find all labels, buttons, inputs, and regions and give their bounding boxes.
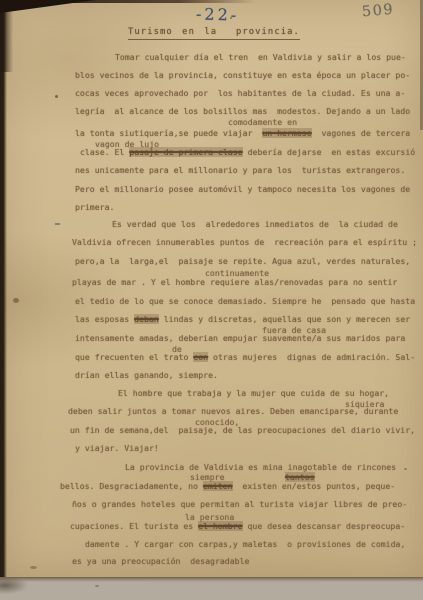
typescript-line: un fin de semana,del paisaje, de las pre…	[70, 425, 415, 436]
typescript-line: ños o grandes hoteles que permitan al tu…	[72, 499, 407, 510]
text-segment: existen en/estos puntos, peque-	[233, 481, 396, 491]
typescript-line: pero,a la larga,el paisaje se repite. Ag…	[75, 256, 410, 267]
paper-stain	[13, 298, 19, 303]
paper-stain	[30, 566, 37, 569]
text-segment: Valdivia ofrecen innumerables puntos de …	[72, 237, 417, 247]
typescript-line: y viajar. Viajar!	[75, 443, 159, 454]
paper-sheet: -22- 509 Turismo en la provincia. Tomar …	[0, 0, 423, 577]
text-segment: drían ellas ganando, siempre.	[75, 370, 218, 380]
text-segment: intensamente amadas, deberian empujar su…	[75, 333, 405, 343]
typescript-line: Es verdad que los alrededores inmediatos…	[112, 219, 398, 230]
text-segment: deben salir juntos a tomar nuevos aires.…	[68, 406, 398, 416]
text-segment: Tomar cualquier día el tren en Valdivia …	[115, 52, 406, 62]
typescript-line: Tomar cualquier día el tren en Valdivia …	[115, 52, 406, 63]
struck-out-text: deban	[134, 314, 159, 324]
struck-out-text: el hombre	[198, 521, 242, 531]
struck-out-text: emiten	[203, 481, 233, 491]
typescript-line: nes unicamente para el millonario y para…	[75, 165, 405, 176]
typescript-line: la tonta siutiquería,se puede viajar un …	[75, 128, 410, 139]
text-segment: nes unicamente para el millonario y para…	[75, 165, 405, 175]
paper-stain	[55, 95, 58, 98]
text-segment: Pero el millonario posee automóvil y tam…	[75, 184, 410, 194]
typescript-line: el tedio de lo que se conoce demasiado. …	[75, 296, 415, 307]
typescript-line: playas de mar . Y el hombre requiere ala…	[72, 277, 397, 288]
penciled-folio-number: 509	[361, 2, 394, 21]
text-segment: bellos. Desgraciadamente, no	[60, 481, 203, 491]
typescript-line: drían ellas ganando, siempre.	[75, 370, 218, 381]
typescript-line: clase. El pasaje de primera clase deberí…	[80, 147, 415, 158]
typescript-line: damente . Y cargar con carpas,y maletas …	[85, 539, 405, 550]
text-segment: el tedio de lo que se conoce demasiado. …	[75, 296, 415, 306]
text-segment: Es verdad que los alrededores inmediatos…	[112, 219, 398, 229]
text-segment: La provincia de Valdivia es mina inagota…	[125, 462, 396, 472]
typescript-line: cocas veces aprovechado por los habitant…	[75, 88, 405, 99]
text-segment: las esposas	[75, 314, 134, 324]
typescript-line: las esposas deban lindas y discretas, aq…	[75, 314, 410, 325]
text-segment: que frecuenten el trato	[75, 352, 193, 362]
text-segment: un fin de semana,del paisaje, de las pre…	[70, 425, 415, 435]
text-segment: damente . Y cargar con carpas,y maletas …	[85, 539, 405, 549]
typescript-line: Pero el millonario posee automóvil y tam…	[75, 184, 410, 195]
text-segment: es ya una preocupación desagradable	[72, 556, 249, 566]
typescript-line: deben salir juntos a tomar nuevos aires.…	[68, 406, 398, 417]
paper-stain	[95, 585, 99, 587]
handwritten-page-number: -22-	[196, 4, 240, 24]
text-segment: cocas veces aprovechado por los habitant…	[75, 88, 405, 98]
text-segment: cupaciones. El turista es	[70, 521, 198, 531]
text-segment: ños o grandes hoteles que permitan al tu…	[72, 499, 407, 509]
typescript-line: —	[55, 218, 60, 229]
text-segment: que desea descansar despreocupa-	[243, 521, 406, 531]
typescript-line: cupaciones. El turista es el hombre que …	[70, 521, 405, 532]
text-segment: otras mujeres dignas de admiración. Sal-	[208, 352, 415, 362]
text-segment: blos vecinos de la provincia, constituye…	[75, 70, 410, 80]
text-segment: debería dejarse en estas excursió	[243, 147, 416, 157]
typescript-line: primera.	[75, 202, 114, 213]
typescript-line: bellos. Desgraciadamente, no emiten exis…	[60, 481, 395, 492]
typescript-line: que frecuenten el trato con otras mujere…	[75, 352, 415, 363]
typescript-line: legría al alcance de los bolsillos mas m…	[75, 106, 410, 117]
text-segment: la tonta siutiquería,se puede viajar	[75, 128, 262, 138]
text-segment: comodamente en	[228, 117, 297, 127]
text-segment: El hombre que trabaja y la mujer que cui…	[118, 388, 389, 398]
text-segment: primera.	[75, 202, 114, 212]
document-title: Turismo en la provincia.	[128, 27, 300, 40]
typescript-line: La provincia de Valdivia es mina inagota…	[125, 462, 396, 473]
text-segment: playas de mar . Y el hombre requiere ala…	[72, 277, 397, 287]
scan-smudge-bottom-left	[0, 578, 28, 594]
text-segment: y viajar. Viajar!	[75, 443, 159, 453]
paper-stain	[404, 468, 407, 470]
text-segment: lindas y discretas, aquellas que son y m…	[159, 314, 410, 324]
text-segment: clase. El	[80, 147, 129, 157]
typescript-line: intensamente amadas, deberian empujar su…	[75, 333, 405, 344]
typescript-line: El hombre que trabaja y la mujer que cui…	[118, 388, 389, 399]
text-segment: vagones de tercera	[312, 128, 411, 138]
typescript-line: blos vecinos de la provincia, constituye…	[75, 70, 410, 81]
interlinear-insertion: comodamente en	[228, 117, 297, 128]
text-segment: pero,a la larga,el paisaje se repite. Ag…	[75, 256, 410, 266]
struck-out-text: con	[193, 352, 208, 362]
typescript-line: es ya una preocupación desagradable	[72, 556, 249, 567]
typescript-line: Valdivia ofrecen innumerables puntos de …	[72, 237, 417, 248]
paper-bottom-edge-shadow	[0, 577, 423, 582]
text-segment: legría al alcance de los bolsillos mas m…	[75, 106, 410, 116]
pen-mark: —	[55, 218, 60, 228]
struck-out-text: un hermoso	[262, 128, 311, 138]
struck-out-text: pasaje de primera clase	[129, 147, 242, 157]
scanned-page: -22- 509 Turismo en la provincia. Tomar …	[0, 0, 423, 600]
